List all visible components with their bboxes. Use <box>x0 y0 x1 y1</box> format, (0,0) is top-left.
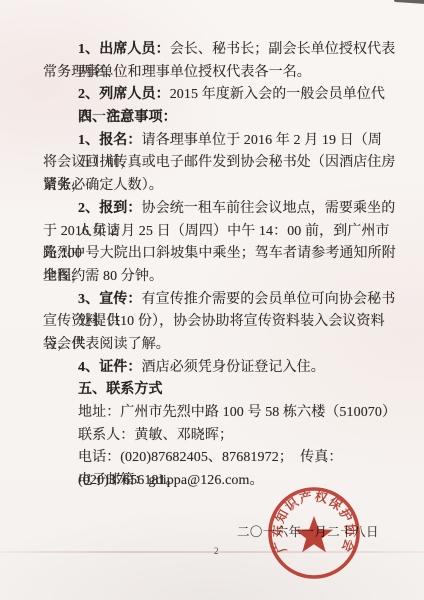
text-line: 宣传资料（110 份），协会协助将宣传资料装入会议资料袋，供 <box>43 311 399 334</box>
scan-edge-artifact <box>394 0 424 4</box>
item-label: 1、报名： <box>78 133 142 148</box>
item-label: 2、报到： <box>78 201 142 216</box>
text-line: 常务理事单位和理事单位授权代表各一名。 <box>43 62 399 85</box>
text-line: 于 2016 年 2 月 25 日（周四）中午 14：00 前，到广州市先烈中 <box>43 221 399 244</box>
line-text: 常务理事单位和理事单位授权代表各一名。 <box>43 65 311 80</box>
line-text: 电子邮箱：gdippa@126.com。 <box>78 473 264 488</box>
text-line: 请务必确定人数）。 <box>43 175 399 198</box>
section-heading: 五、联系方式 <box>43 379 399 402</box>
text-line: 2、报到：协会统一租车前往会议地点，需要乘坐的人员请 <box>43 198 399 221</box>
item-label: 4、证件： <box>78 360 142 375</box>
line-text: 联系人：黄敏、邓晓晖； <box>78 428 233 443</box>
contact-person-line: 联系人：黄敏、邓晓晖； <box>43 425 399 448</box>
text-line: 1、出席人员：会长、秘书长；副会长单位授权代表两名、 <box>43 39 399 62</box>
line-text: 全程约需 80 分钟。 <box>43 269 163 284</box>
line-text: 酒店必须凭身份证登记入住。 <box>142 360 325 375</box>
item-label: 五、联系方式 <box>78 382 163 397</box>
text-line: 将会议回执传真或电子邮件发到协会秘书处（因酒店住房紧张， <box>43 152 399 175</box>
item-label: 3、宣传： <box>78 292 142 307</box>
line-text: 地址：广州市先烈中路 100 号 58 栋六楼（510070） <box>78 405 396 420</box>
text-line: 与会代表阅读了解。 <box>43 334 399 357</box>
text-line: 路 100 号大院出口斜坡集中乘坐；驾车者请参考通知所附地图， <box>43 243 399 266</box>
document-page: 1、出席人员：会长、秘书长；副会长单位授权代表两名、 常务理事单位和理事单位授权… <box>0 0 424 600</box>
line-text: 与会代表阅读了解。 <box>43 337 170 352</box>
text-line: 1、报名：请各理事单位于 2016 年 2 月 19 日（周五）前， <box>43 130 399 153</box>
item-label: 1、出席人员： <box>78 42 170 57</box>
section-heading: 四、注意事项： <box>43 107 399 130</box>
text-line: 2、列席人员：2015 年度新入会的一般会员单位代表一名。 <box>43 84 399 107</box>
text-line: 3、宣传：有宣传推介需要的会员单位可向协会秘书处提供 <box>43 289 399 312</box>
item-label: 四、注意事项： <box>78 110 177 125</box>
text-line: 4、证件：酒店必须凭身份证登记入住。 <box>43 357 399 380</box>
contact-phone-line: 电话：(020)87682405、87681972； 传真：(020)37656… <box>43 447 399 470</box>
page-number: 2 <box>214 546 219 556</box>
line-text: 请务必确定人数）。 <box>43 178 163 193</box>
contact-address-line: 地址：广州市先烈中路 100 号 58 栋六楼（510070） <box>43 402 399 425</box>
item-label: 2、列席人员： <box>78 87 170 102</box>
official-seal: 广东知识产权保护协会 <box>258 477 370 589</box>
document-body: 1、出席人员：会长、秘书长；副会长单位授权代表两名、 常务理事单位和理事单位授权… <box>43 39 399 493</box>
seal-star-icon <box>295 516 333 552</box>
text-line: 全程约需 80 分钟。 <box>43 266 399 289</box>
